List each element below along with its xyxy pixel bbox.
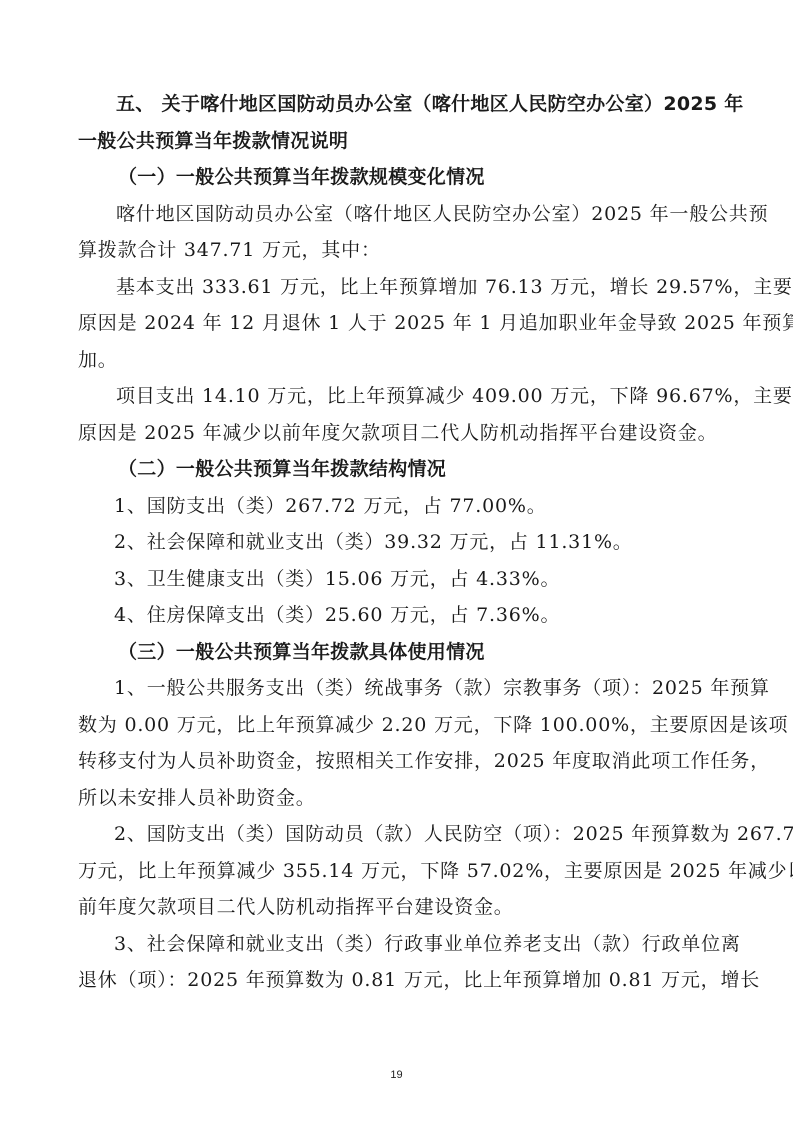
- paragraph-line: 加。: [78, 342, 714, 379]
- paragraph-total-appropriation: 喀什地区国防动员办公室（喀什地区人民防空办公室）2025 年一般公共预 算拨款合…: [78, 196, 714, 269]
- subsection-2-heading: （二）一般公共预算当年拨款结构情况: [78, 451, 714, 488]
- structure-list: 1、国防支出（类）267.72 万元，占 77.00%。 2、社会保障和就业支出…: [78, 488, 714, 634]
- paragraph-line: 万元，比上年预算减少 355.14 万元，下降 57.02%，主要原因是 202…: [78, 853, 714, 890]
- paragraph-project-expenditure: 项目支出 14.10 万元，比上年预算减少 409.00 万元，下降 96.67…: [78, 378, 714, 451]
- section-title-line-2: 一般公共预算当年拨款情况说明: [78, 123, 714, 160]
- paragraph-line: 原因是 2025 年减少以前年度欠款项目二代人防机动指挥平台建设资金。: [78, 415, 714, 452]
- paragraph-line: 所以未安排人员补助资金。: [78, 780, 714, 817]
- paragraph-civil-air-defense: 2、国防支出（类）国防动员（款）人民防空（项）：2025 年预算数为 267.7…: [78, 816, 714, 926]
- paragraph-line: 基本支出 333.61 万元，比上年预算增加 76.13 万元，增长 29.57…: [78, 269, 714, 306]
- document-page: 五、 关于喀什地区国防动员办公室（喀什地区人民防空办公室）2025 年 一般公共…: [0, 0, 793, 1122]
- paragraph-retirement: 3、社会保障和就业支出（类）行政事业单位养老支出（款）行政单位离 退休（项）：2…: [78, 926, 714, 999]
- paragraph-line: 项目支出 14.10 万元，比上年预算减少 409.00 万元，下降 96.67…: [78, 378, 714, 415]
- paragraph-line: 转移支付为人员补助资金，按照相关工作安排，2025 年度取消此项工作任务，: [78, 743, 714, 780]
- paragraph-line: 3、社会保障和就业支出（类）行政事业单位养老支出（款）行政单位离: [78, 926, 714, 963]
- paragraph-line: 1、一般公共服务支出（类）统战事务（款）宗教事务（项）：2025 年预算: [78, 670, 714, 707]
- section-title-line-1: 五、 关于喀什地区国防动员办公室（喀什地区人民防空办公室）2025 年: [78, 86, 714, 123]
- list-item: 4、住房保障支出（类）25.60 万元，占 7.36%。: [78, 597, 714, 634]
- paragraph-line: 前年度欠款项目二代人防机动指挥平台建设资金。: [78, 889, 714, 926]
- paragraph-line: 数为 0.00 万元，比上年预算减少 2.20 万元，下降 100.00%，主要…: [78, 707, 714, 744]
- paragraph-line: 退休（项）：2025 年预算数为 0.81 万元，比上年预算增加 0.81 万元…: [78, 962, 714, 999]
- paragraph-line: 喀什地区国防动员办公室（喀什地区人民防空办公室）2025 年一般公共预: [78, 196, 714, 233]
- paragraph-line: 2、国防支出（类）国防动员（款）人民防空（项）：2025 年预算数为 267.7…: [78, 816, 714, 853]
- subsection-1-heading: （一）一般公共预算当年拨款规模变化情况: [78, 159, 714, 196]
- paragraph-religious-affairs: 1、一般公共服务支出（类）统战事务（款）宗教事务（项）：2025 年预算 数为 …: [78, 670, 714, 816]
- list-item: 1、国防支出（类）267.72 万元，占 77.00%。: [78, 488, 714, 525]
- list-item: 3、卫生健康支出（类）15.06 万元，占 4.33%。: [78, 561, 714, 598]
- page-content: 五、 关于喀什地区国防动员办公室（喀什地区人民防空办公室）2025 年 一般公共…: [78, 86, 714, 999]
- paragraph-line: 原因是 2024 年 12 月退休 1 人于 2025 年 1 月追加职业年金导…: [78, 305, 714, 342]
- paragraph-line: 算拨款合计 347.71 万元，其中：: [78, 232, 714, 269]
- list-item: 2、社会保障和就业支出（类）39.32 万元，占 11.31%。: [78, 524, 714, 561]
- subsection-3-heading: （三）一般公共预算当年拨款具体使用情况: [78, 634, 714, 671]
- paragraph-basic-expenditure: 基本支出 333.61 万元，比上年预算增加 76.13 万元，增长 29.57…: [78, 269, 714, 379]
- page-number: 19: [0, 1069, 793, 1081]
